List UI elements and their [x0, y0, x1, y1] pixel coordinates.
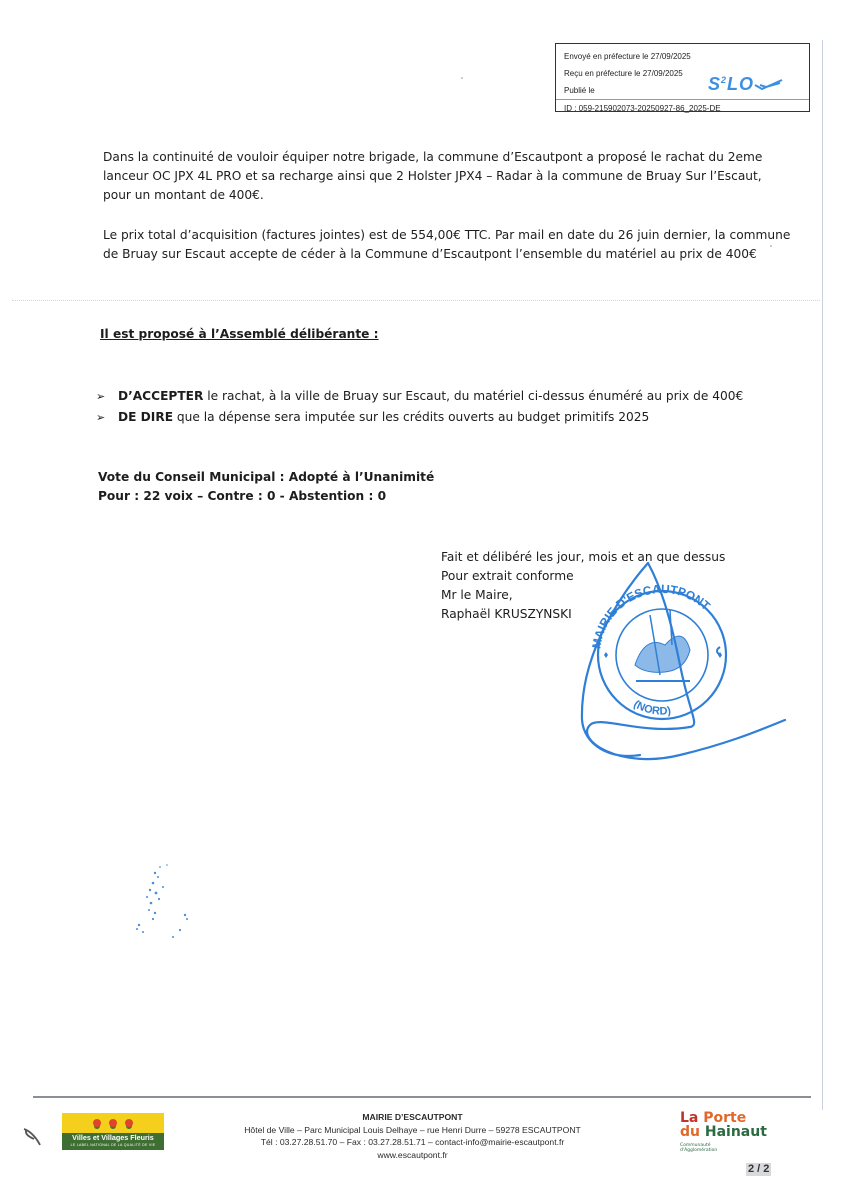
vote-adopted: Vote du Conseil Municipal : Adopté à l’U…	[98, 468, 434, 487]
act-id: ID : 059-215902073-20250927-86_2025-DE	[556, 99, 809, 117]
vvf-title: Villes et Villages Fleuris	[62, 1133, 164, 1143]
footer-address: Hôtel de Ville – Parc Municipal Louis De…	[205, 1124, 620, 1137]
footer-org-name: MAIRIE D’ESCAUTPONT	[205, 1111, 620, 1124]
page-number: 2 / 2	[746, 1163, 771, 1176]
checkmark-swoosh-icon	[754, 79, 784, 91]
quill-icon	[22, 1127, 42, 1147]
flower-icon	[93, 1119, 101, 1127]
footer-website: www.escautpont.fr	[205, 1149, 620, 1162]
footer-divider	[33, 1096, 811, 1098]
vote-counts: Pour : 22 voix – Contre : 0 - Abstention…	[98, 487, 434, 506]
vvf-label: Villes et Villages Fleuris LE LABEL NATI…	[62, 1133, 164, 1150]
decision-keyword: DE DIRE	[118, 410, 173, 424]
la-porte-du-hainaut-logo: La Porte du Hainaut Communauté d'Agglomé…	[680, 1111, 780, 1153]
seal-top-text: MAIRIE D'ESCAUTPONT	[589, 582, 713, 650]
footer-contact: MAIRIE D’ESCAUTPONT Hôtel de Ville – Par…	[205, 1111, 620, 1161]
scan-margin-line	[822, 40, 823, 1110]
official-seal-and-signature: MAIRIE D'ESCAUTPONT (NORD)	[560, 555, 790, 770]
vvf-flowers	[62, 1113, 164, 1133]
decision-keyword: D’ACCEPTER	[118, 389, 203, 403]
flower-icon	[109, 1119, 117, 1127]
decision-list: ➢D’ACCEPTER le rachat, à la ville de Bru…	[96, 386, 743, 428]
paragraph-price: Le prix total d’acquisition (factures jo…	[103, 226, 793, 264]
vote-result: Vote du Conseil Municipal : Adopté à l’U…	[98, 468, 434, 506]
sent-date: Envoyé en préfecture le 27/09/2025	[564, 48, 809, 65]
arrow-bullet-icon: ➢	[96, 387, 118, 407]
footer-phone-email: Tél : 03.27.28.51.70 – Fax : 03.27.28.51…	[205, 1136, 620, 1149]
scan-speck	[770, 245, 772, 247]
decision-text: le rachat, à la ville de Bruay sur Escau…	[203, 389, 743, 403]
lph-hainaut: Hainaut	[705, 1124, 767, 1140]
decision-item: ➢D’ACCEPTER le rachat, à la ville de Bru…	[96, 386, 743, 407]
vvf-tagline: LE LABEL NATIONAL DE LA QUALITÉ DE VIE	[62, 1143, 164, 1148]
s2low-logo-s: S	[708, 74, 721, 94]
arrow-bullet-icon: ➢	[96, 408, 118, 428]
lph-du: du	[680, 1124, 700, 1140]
villes-villages-fleuris-logo: Villes et Villages Fleuris LE LABEL NATI…	[62, 1113, 164, 1150]
ink-speckle-artifact	[125, 855, 205, 940]
s2low-logo: S2LO	[708, 74, 784, 95]
decision-text: que la dépense sera imputée sur les créd…	[173, 410, 649, 424]
decision-item: ➢DE DIRE que la dépense sera imputée sur…	[96, 407, 743, 428]
proposal-heading: Il est proposé à l’Assemblé délibérante …	[100, 327, 379, 341]
flower-icon	[125, 1119, 133, 1127]
lph-subtitle-2: d'Agglomération	[680, 1148, 780, 1153]
s2low-logo-lo: LO	[727, 74, 754, 94]
paragraph-context: Dans la continuité de vouloir équiper no…	[103, 148, 793, 205]
scan-speck	[461, 77, 463, 79]
scan-artifact-line	[12, 300, 820, 302]
